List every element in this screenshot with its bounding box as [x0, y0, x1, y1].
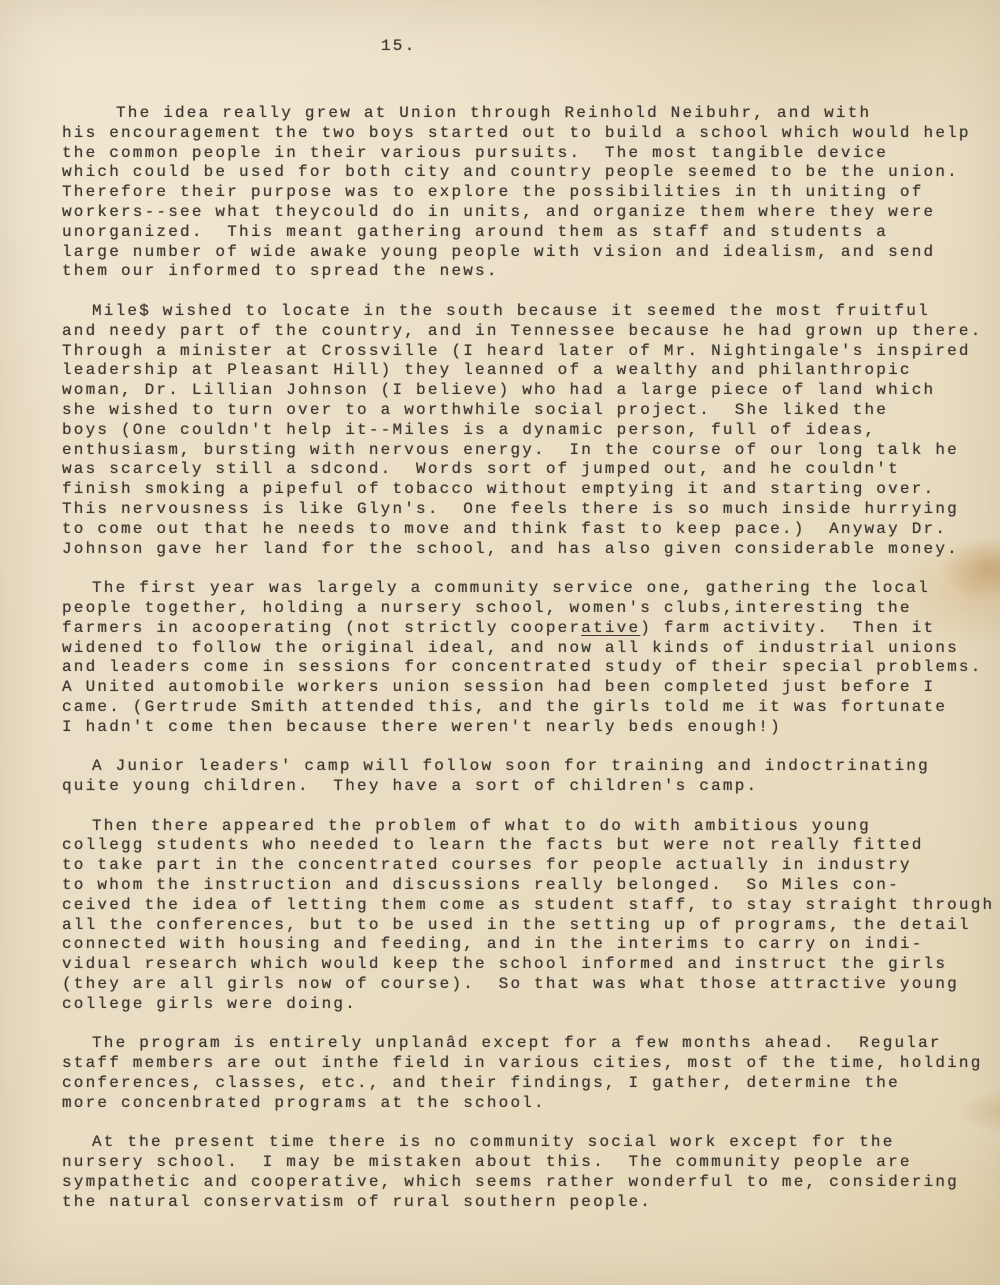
- text-line: woman, Dr. Lillian Johnson (I believe) w…: [62, 381, 1000, 401]
- text-line: The idea really grew at Union through Re…: [62, 104, 1000, 124]
- text-line: and leaders come in sessions for concent…: [62, 658, 1000, 678]
- text-line: his encouragement the two boys started o…: [62, 124, 1000, 144]
- text-line: enthusiasm, bursting with nervous energy…: [62, 441, 1000, 461]
- document-body: The idea really grew at Union through Re…: [62, 104, 1000, 1213]
- text-line: Then there appeared the problem of what …: [62, 817, 1000, 837]
- text-line: large number of wide awake young people …: [62, 243, 1000, 263]
- text-line: to whom the instruction and discussions …: [62, 876, 1000, 896]
- text-line: sympathetic and cooperative, which seems…: [62, 1173, 1000, 1193]
- text-line: Through a minister at Crossville (I hear…: [62, 342, 1000, 362]
- text-line: Therefore their purpose was to explore t…: [62, 183, 1000, 203]
- text-line: A United automobile workers union sessio…: [62, 678, 1000, 698]
- text-line: to take part in the concentrated courses…: [62, 856, 1000, 876]
- text-line: more concenbrated programs at the school…: [62, 1094, 1000, 1114]
- paragraph: The idea really grew at Union through Re…: [62, 104, 1000, 282]
- text-line: collegg students who needed to learn the…: [62, 836, 1000, 856]
- paragraph: The first year was largely a community s…: [62, 579, 1000, 737]
- text-line: leadership at Pleasant Hill) they leanne…: [62, 361, 1000, 381]
- page-number: 15.: [381, 37, 416, 55]
- text-line: all the conferences, but to be used in t…: [62, 916, 1000, 936]
- text-line: finish smoking a pipeful of tobacco with…: [62, 480, 1000, 500]
- text-line: the natural conservatism of rural southe…: [62, 1193, 1000, 1213]
- text-line: I hadn't come then because there weren't…: [62, 718, 1000, 738]
- paragraph: Then there appeared the problem of what …: [62, 817, 1000, 1015]
- text-line: connected with housing and feeding, and …: [62, 935, 1000, 955]
- paragraph: The program is entirely unplanâd except …: [62, 1034, 1000, 1113]
- text-line: The first year was largely a community s…: [62, 579, 1000, 599]
- text-line: Johnson gave her land for the school, an…: [62, 540, 1000, 560]
- text-line: was scarcely still a sdcond. Words sort …: [62, 460, 1000, 480]
- text-line: quite young children. They have a sort o…: [62, 777, 1000, 797]
- text-line: conferences, classes, etc., and their fi…: [62, 1074, 1000, 1094]
- text-line: workers--see what theycould do in units,…: [62, 203, 1000, 223]
- text-line: unorganized. This meant gathering around…: [62, 223, 1000, 243]
- text-line: farmers in acooperating (not strictly co…: [62, 619, 1000, 639]
- text-line: boys (One couldn't help it--Miles is a d…: [62, 421, 1000, 441]
- text-line: college girls were doing.: [62, 995, 1000, 1015]
- text-line: them our informed to spread the news.: [62, 262, 1000, 282]
- text-line: came. (Gertrude Smith attended this, and…: [62, 698, 1000, 718]
- text-line: (they are all girls now of course). So t…: [62, 975, 1000, 995]
- paragraph: Mile$ wished to locate in the south beca…: [62, 302, 1000, 559]
- text-line: people together, holding a nursery schoo…: [62, 599, 1000, 619]
- text-line: At the present time there is no communit…: [62, 1133, 1000, 1153]
- text-line: to come out that he needs to move and th…: [62, 520, 1000, 540]
- document-page: 15. The idea really grew at Union throug…: [0, 0, 1000, 1285]
- paragraph: A Junior leaders' camp will follow soon …: [62, 757, 1000, 797]
- text-line: This nervousness is like Glyn's. One fee…: [62, 500, 1000, 520]
- paragraph: At the present time there is no communit…: [62, 1133, 1000, 1212]
- text-line: vidual research which would keep the sch…: [62, 955, 1000, 975]
- text-line: widened to follow the original ideal, an…: [62, 639, 1000, 659]
- text-line: staff members are out inthe field in var…: [62, 1054, 1000, 1074]
- text-line: ceived the idea of letting them come as …: [62, 896, 1000, 916]
- text-line: and needy part of the country, and in Te…: [62, 322, 1000, 342]
- text-line: which could be used for both city and co…: [62, 163, 1000, 183]
- text-line: the common people in their various pursu…: [62, 144, 1000, 164]
- text-line: A Junior leaders' camp will follow soon …: [62, 757, 1000, 777]
- text-line: Mile$ wished to locate in the south beca…: [62, 302, 1000, 322]
- underlined-text: ative: [581, 619, 640, 637]
- text-line: nursery school. I may be mistaken about …: [62, 1153, 1000, 1173]
- text-line: she wished to turn over to a worthwhile …: [62, 401, 1000, 421]
- text-line: The program is entirely unplanâd except …: [62, 1034, 1000, 1054]
